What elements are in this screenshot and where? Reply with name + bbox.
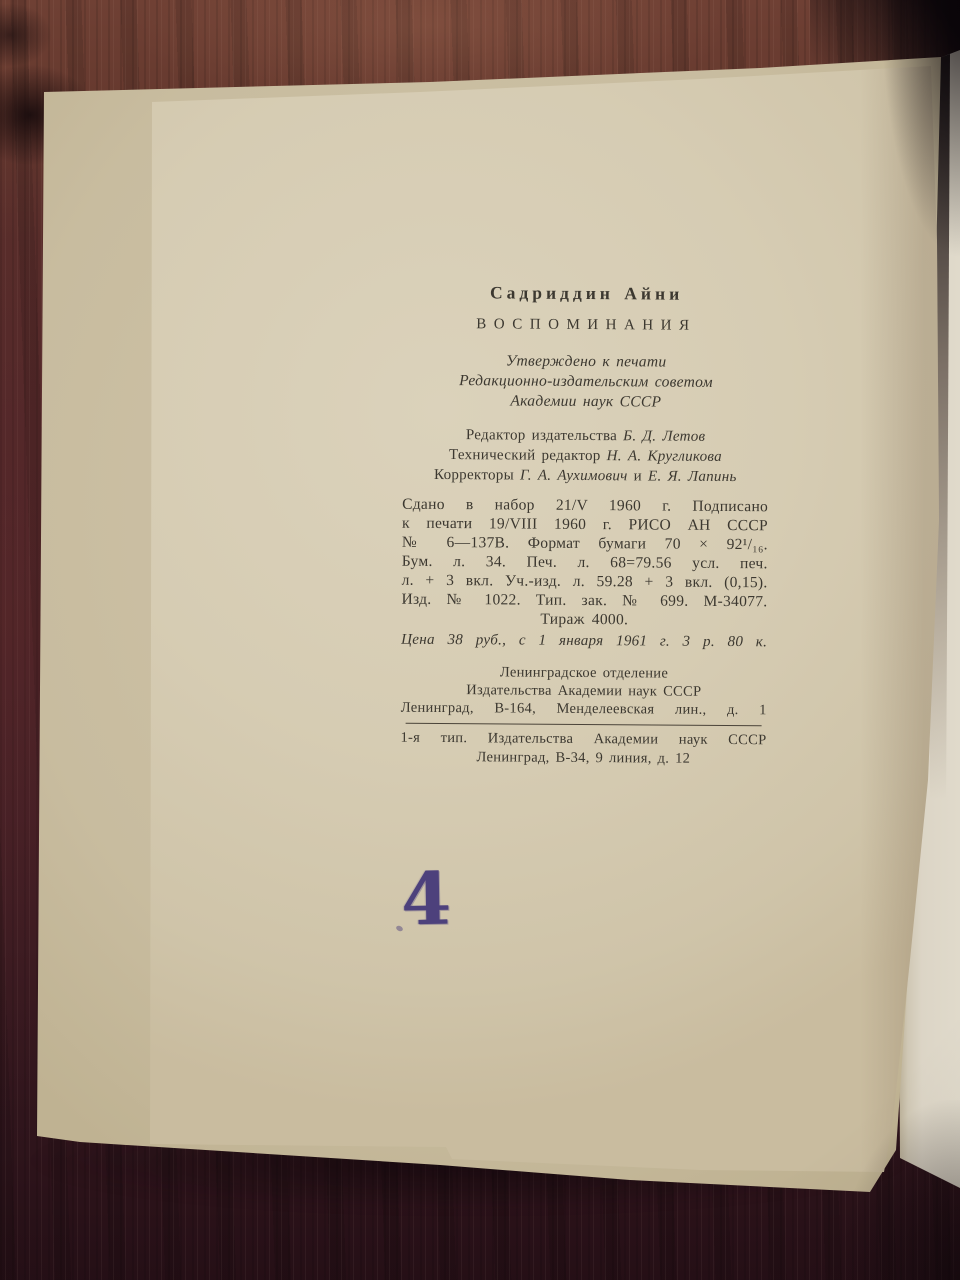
top-right-shade xyxy=(880,0,960,260)
text-line: Технический редактор Н. А. Кругликова xyxy=(402,445,768,468)
text-segment: Изд. № 1022. Тип. зак. № 699. М-34077. xyxy=(401,591,767,611)
text-segment: Г. А. Аухимович xyxy=(520,468,628,485)
block-publisher: Ленинградское отделениеИздательства Акад… xyxy=(401,663,767,720)
text-segment: к печати 19/VIII 1960 г. РИСО АН СССР xyxy=(402,515,768,535)
photo-scene: Садриддин АйниВОСПОМИНАНИЯУтверждено к п… xyxy=(0,0,960,1280)
page-number-stamp: 4 xyxy=(400,863,451,936)
text-segment: Тираж 4000. xyxy=(540,611,628,629)
text-segment: Н. А. Кругликова xyxy=(607,448,722,465)
text-segment: Корректоры xyxy=(434,467,520,484)
text-line: Редактор издательства Б. Д. Летов xyxy=(403,425,769,448)
block-title: Садриддин АйниВОСПОМИНАНИЯ xyxy=(403,281,769,337)
text-line: 1-я тип. Издательства Академии наук СССР xyxy=(400,729,766,751)
text-segment: Издательства Академии наук СССР xyxy=(466,682,701,700)
text-line: Корректоры Г. А. Аухимович и Е. Я. Лапин… xyxy=(402,465,768,488)
colophon-text: Садриддин АйниВОСПОМИНАНИЯУтверждено к п… xyxy=(400,281,769,770)
text-segment: 1-я тип. Издательства Академии наук СССР xyxy=(400,730,766,749)
text-segment: Бум. л. 34. Печ. л. 68=79.56 усл. печ. xyxy=(402,553,768,573)
text-line: л. + 3 вкл. Уч.-изд. л. 59.28 + 3 вкл. (… xyxy=(402,571,768,593)
text-segment: Сдано в набор 21/V 1960 г. Подписано xyxy=(402,496,768,516)
text-segment: № 6—137В. Формат бумаги 70 × 92¹/₁₆. xyxy=(402,534,768,554)
text-line: Цена 38 руб., с 1 января 1961 г. 3 р. 80… xyxy=(401,631,767,653)
text-segment: Цена 38 руб., с 1 января 1961 г. 3 р. 80… xyxy=(401,632,767,651)
text-line: Изд. № 1022. Тип. зак. № 699. М-34077. xyxy=(401,590,767,612)
text-segment: Б. Д. Летов xyxy=(623,428,705,445)
text-line: Бум. л. 34. Печ. л. 68=79.56 усл. печ. xyxy=(402,552,768,574)
text-segment: Садриддин Айни xyxy=(490,282,683,303)
text-segment: Ленинград, В-164, Менделеевская лин., д.… xyxy=(401,700,767,719)
block-imprint: Сдано в набор 21/V 1960 г. Подписанок пе… xyxy=(401,495,768,631)
text-segment: и xyxy=(628,468,649,484)
text-line: Академии наук СССР xyxy=(403,391,769,414)
text-line: Утверждено к печати xyxy=(403,351,769,374)
text-line: Садриддин Айни xyxy=(404,281,770,306)
bottom-right-shade xyxy=(840,1100,960,1280)
text-line: Тираж 4000. xyxy=(401,609,767,631)
text-line: Ленинград, В-164, Менделеевская лин., д.… xyxy=(401,699,767,720)
text-segment: Е. Я. Лапинь xyxy=(648,468,737,485)
text-segment: Технический редактор xyxy=(449,447,607,464)
text-segment: Ленинградское отделение xyxy=(500,664,668,681)
text-segment: Академии наук СССР xyxy=(510,392,661,410)
text-line: к печати 19/VIII 1960 г. РИСО АН СССР xyxy=(402,514,768,536)
text-line: Ленинград, В-34, 9 линия, д. 12 xyxy=(400,748,766,770)
block-printer: 1-я тип. Издательства Академии наук СССР… xyxy=(400,729,766,770)
block-price: Цена 38 руб., с 1 января 1961 г. 3 р. 80… xyxy=(401,631,767,653)
text-segment: Утверждено к печати xyxy=(506,352,667,370)
text-line: № 6—137В. Формат бумаги 70 × 92¹/₁₆. xyxy=(402,533,768,555)
block-editors: Редактор издательства Б. Д. ЛетовТехниче… xyxy=(402,425,768,488)
text-segment: Ленинград, В-34, 9 линия, д. 12 xyxy=(476,749,690,766)
text-line: Редакционно-издательским советом xyxy=(403,371,769,394)
text-segment: л. + 3 вкл. Уч.-изд. л. 59.28 + 3 вкл. (… xyxy=(402,572,768,592)
block-approval: Утверждено к печатиРедакционно-издательс… xyxy=(403,351,769,414)
text-line: ВОСПОМИНАНИЯ xyxy=(403,314,769,337)
text-segment: ВОСПОМИНАНИЯ xyxy=(476,316,696,334)
text-segment: Редактор издательства xyxy=(466,427,623,444)
text-line: Сдано в набор 21/V 1960 г. Подписано xyxy=(402,495,768,517)
block-rule xyxy=(406,723,762,726)
text-segment: Редакционно-издательским советом xyxy=(459,372,713,391)
